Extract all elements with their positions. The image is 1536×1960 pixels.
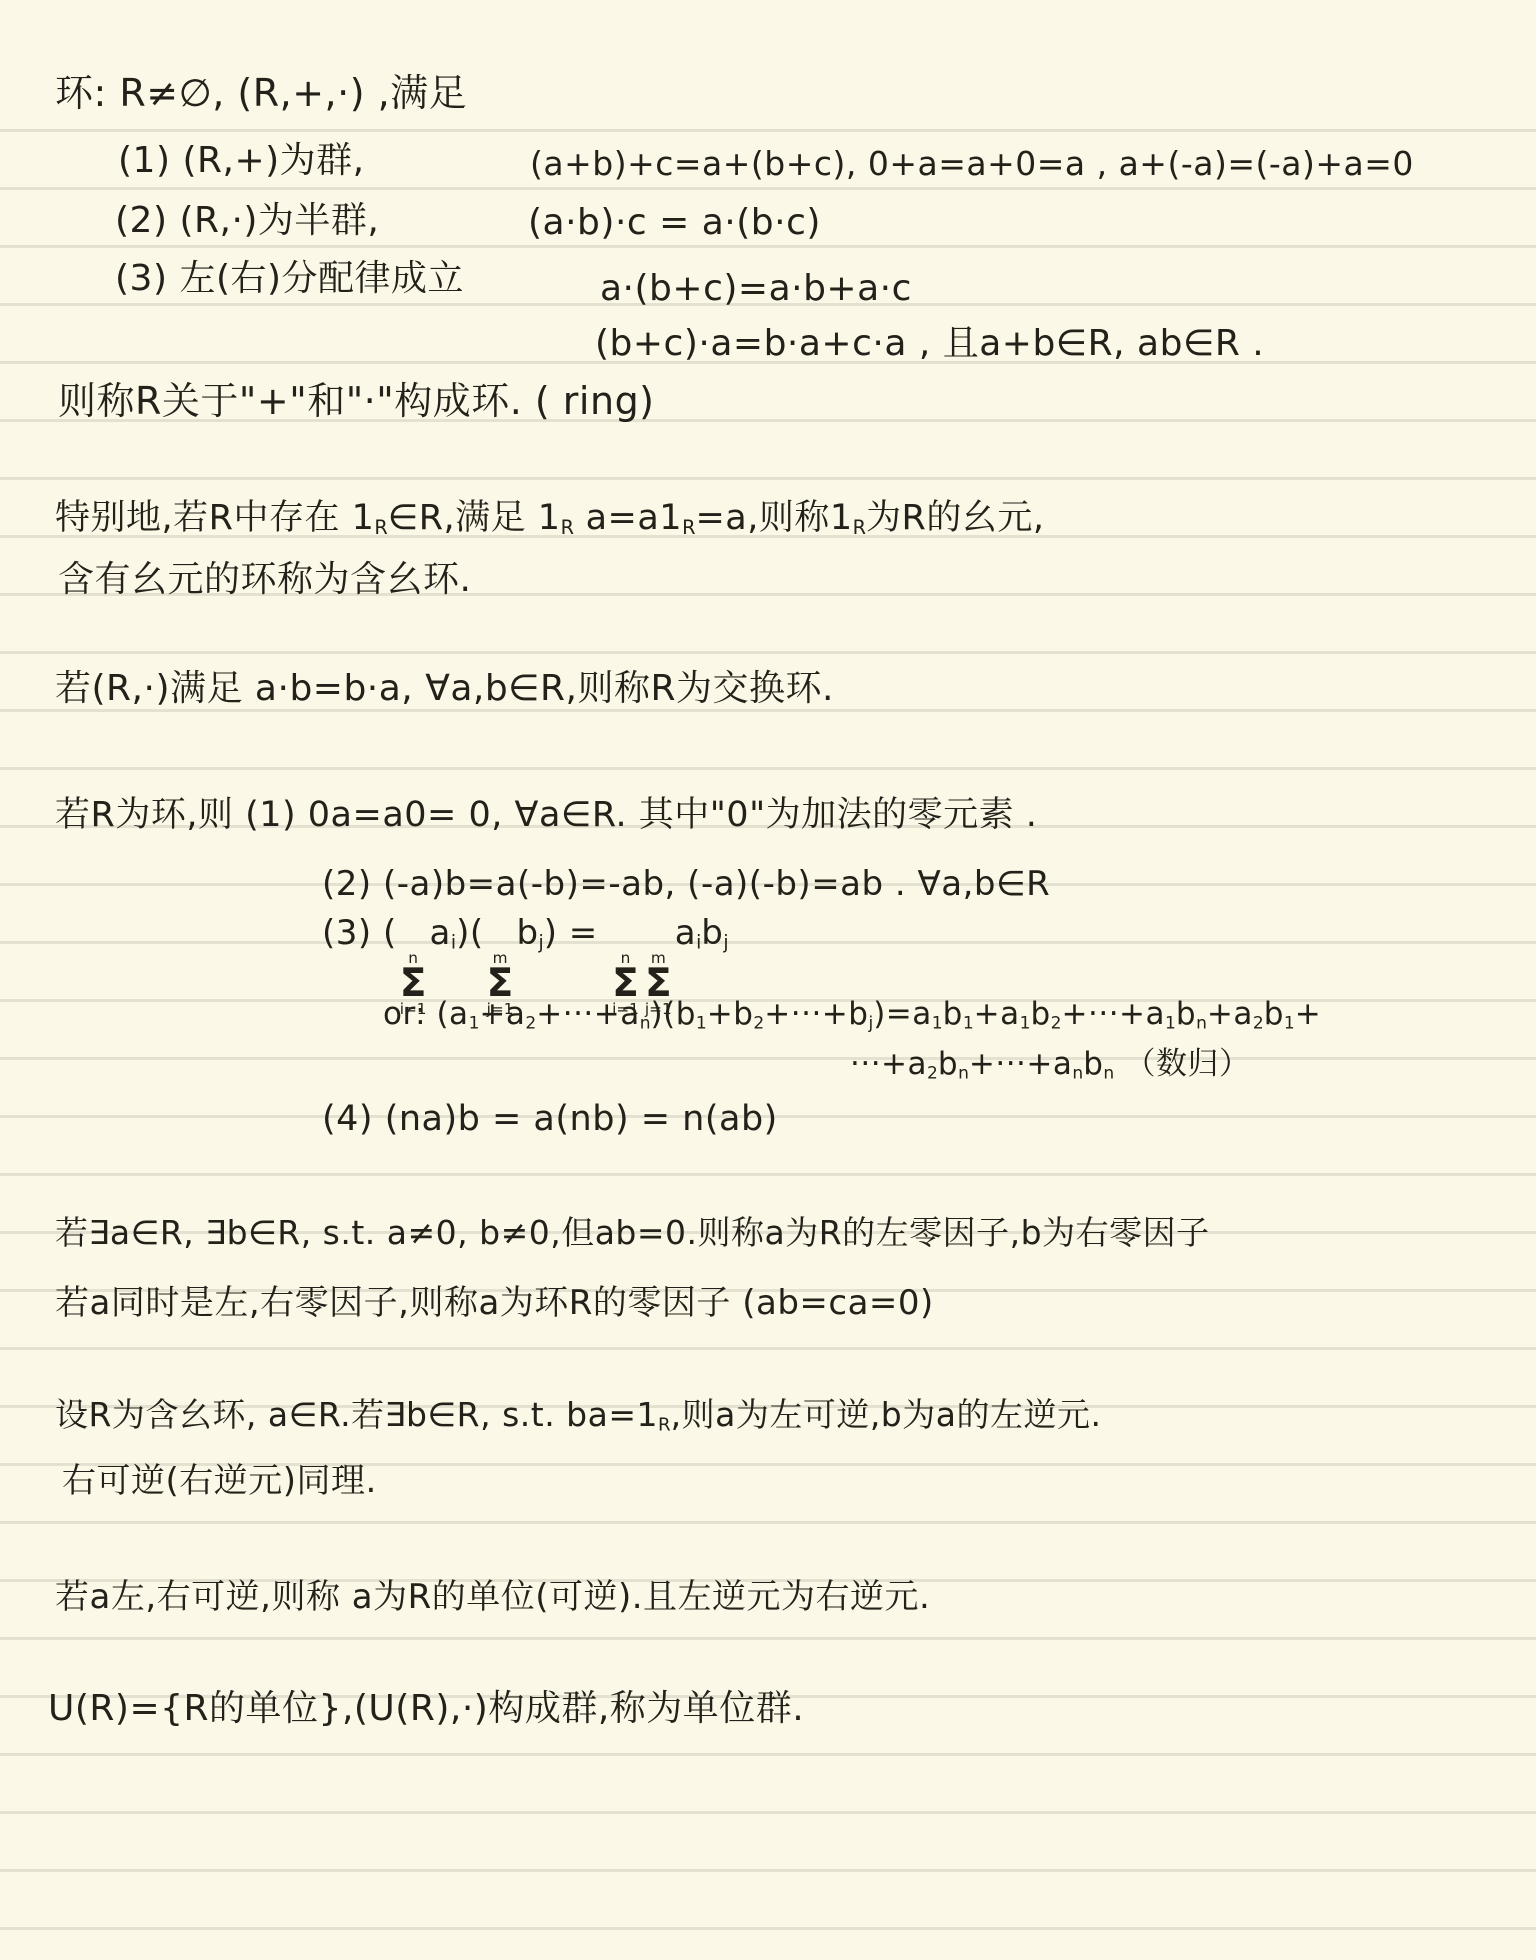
- formula-left-distributive: a·(b+c)=a·b+a·c: [600, 266, 912, 311]
- line-unit-def: 若a左,右可逆,则称 a为R的单位(可逆).且左逆元为右逆元.: [55, 1576, 930, 1619]
- line-commutative-ring: 若(R,·)满足 a·b=b·a, ∀a,b∈R,则称R为交换环.: [55, 666, 834, 711]
- notebook-page: 环: R≠∅, (R,+,·) ,满足 (1) (R,+)为群, (a+b)+c…: [0, 0, 1536, 1960]
- line-ring-def-header: 环: R≠∅, (R,+,·) ,满足: [55, 70, 467, 118]
- line-two-sided-zero-divisor: 若a同时是左,右零因子,则称a为环R的零因子 (ab=ca=0): [55, 1282, 934, 1325]
- item-3-distributive-law: (3) 左(右)分配律成立: [115, 256, 464, 301]
- line-identity-def: 特别地,若R中存在 1R∈R,满足 1R a=a1R=a,则称1R为R的幺元,: [55, 497, 1044, 541]
- line-ring-props-4: (4) (na)b = a(nb) = n(ab): [322, 1098, 778, 1142]
- line-unital-ring: 含有幺元的环称为含幺环.: [58, 557, 471, 602]
- line-ring-props-1: 若R为环,则 (1) 0a=a0= 0, ∀a∈R. 其中"0"为加法的零元素 …: [55, 794, 1037, 838]
- line-ring-naming: 则称R关于"+"和"·"构成环. ( ring): [58, 378, 655, 426]
- formula-right-distributive: (b+c)·a=b·a+c·a , 且a+b∈R, ab∈R .: [595, 321, 1264, 366]
- line-ring-props-2: (2) (-a)b=a(-b)=-ab, (-a)(-b)=ab . ∀a,b∈…: [322, 863, 1050, 906]
- line-right-inverse-note: 右可逆(右逆元)同理.: [62, 1460, 377, 1503]
- item-2-semigroup: (2) (R,·)为半群,: [115, 198, 379, 243]
- line-ring-props-3-continued: ···+a2bn+···+anbn （数归）: [850, 1045, 1251, 1085]
- line-left-inverse-def: 设R为含幺环, a∈R.若∃b∈R, s.t. ba=1R,则a为左可逆,b为a…: [55, 1394, 1101, 1437]
- formula-mult-associativity: (a·b)·c = a·(b·c): [528, 200, 821, 245]
- formula-additive-axioms: (a+b)+c=a+(b+c), 0+a=a+0=a , a+(-a)=(-a)…: [530, 143, 1414, 184]
- line-zero-divisor-def: 若∃a∈R, ∃b∈R, s.t. a≠0, b≠0,但ab=0.则称a为R的左…: [55, 1212, 1210, 1253]
- line-ring-props-3-expanded: or: (a1+a2+···+an)(b1+b2+···+bj)=a1b1+a1…: [383, 995, 1321, 1035]
- line-unit-group-def: U(R)={R的单位},(U(R),·)构成群,称为单位群.: [48, 1686, 804, 1731]
- item-1-additive-group: (1) (R,+)为群,: [118, 138, 365, 183]
